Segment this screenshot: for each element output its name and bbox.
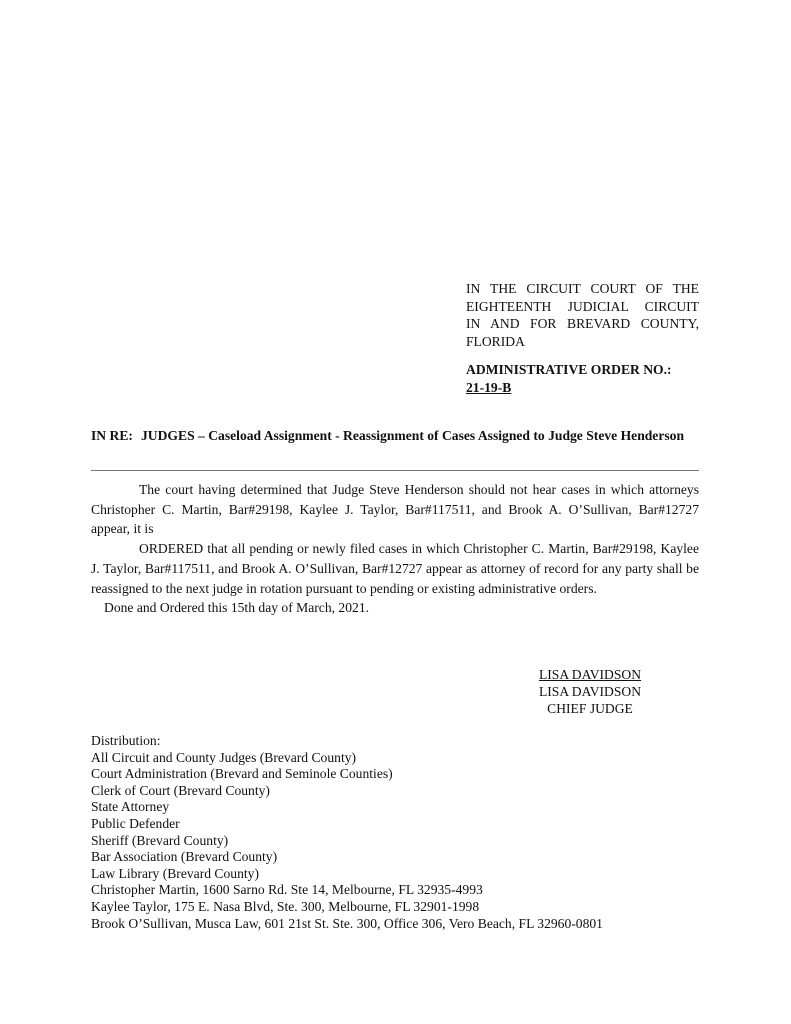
body-paragraph: ORDERED that all pending or newly filed … [91, 539, 699, 598]
body-paragraph: The court having determined that Judge S… [91, 480, 699, 539]
order-body: The court having determined that Judge S… [91, 480, 699, 618]
distribution-recipient: All Circuit and County Judges (Brevard C… [91, 750, 711, 767]
signed-name: LISA DAVIDSON [520, 666, 660, 683]
signer-title: CHIEF JUDGE [520, 700, 660, 717]
printed-name: LISA DAVIDSON [520, 683, 660, 700]
distribution-recipient: Court Administration (Brevard and Semino… [91, 766, 711, 783]
signature-block: LISA DAVIDSON LISA DAVIDSON CHIEF JUDGE [520, 666, 660, 717]
distribution-recipient: Law Library (Brevard County) [91, 866, 711, 883]
administrative-order-number: ADMINISTRATIVE ORDER NO.: 21-19-B [466, 361, 706, 396]
distribution-recipient: Christopher Martin, 1600 Sarno Rd. Ste 1… [91, 882, 711, 899]
court-caption: IN THE CIRCUIT COURT OF THE EIGHTEENTH J… [466, 280, 699, 350]
distribution-recipient: Kaylee Taylor, 175 E. Nasa Blvd, Ste. 30… [91, 899, 711, 916]
distribution-recipient: Brook O’Sullivan, Musca Law, 601 21st St… [91, 916, 711, 933]
caption-line: IN AND FOR BREVARD COUNTY, [466, 315, 699, 333]
in-re-label: IN RE: [91, 428, 133, 444]
horizontal-divider [91, 470, 699, 471]
done-and-ordered-line: Done and Ordered this 15th day of March,… [91, 598, 699, 618]
distribution-recipient: State Attorney [91, 799, 711, 816]
caption-line: FLORIDA [466, 333, 699, 351]
distribution-recipient: Public Defender [91, 816, 711, 833]
caption-line: IN THE CIRCUIT COURT OF THE [466, 280, 699, 298]
in-re-heading: IN RE: JUDGES – Caseload Assignment - Re… [91, 428, 699, 444]
distribution-recipient: Clerk of Court (Brevard County) [91, 783, 711, 800]
caption-line: EIGHTEENTH JUDICIAL CIRCUIT [466, 298, 699, 316]
order-number: 21-19-B [466, 379, 706, 397]
distribution-recipient: Bar Association (Brevard County) [91, 849, 711, 866]
distribution-heading: Distribution: [91, 733, 711, 750]
order-label: ADMINISTRATIVE ORDER NO.: [466, 362, 672, 377]
distribution-list: Distribution: All Circuit and County Jud… [91, 733, 711, 932]
distribution-recipient: Sheriff (Brevard County) [91, 833, 711, 850]
in-re-subject: JUDGES – Caseload Assignment - Reassignm… [141, 428, 699, 444]
